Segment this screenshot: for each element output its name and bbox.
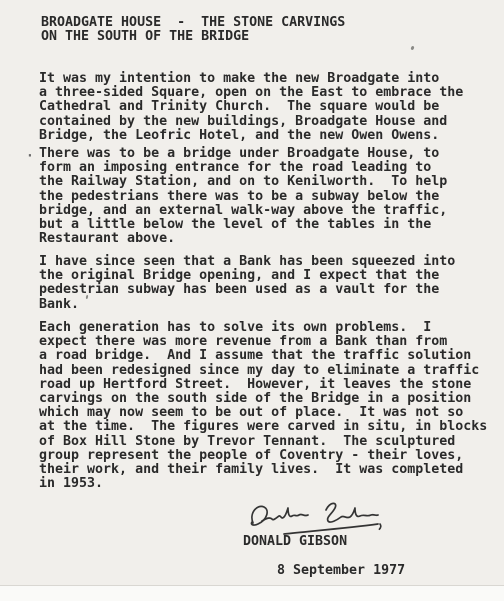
paragraph-intention: It was my intention to make the new Broa… bbox=[39, 72, 463, 143]
scanned-letter-page: BROADGATE HOUSE - THE STONE CARVINGSON T… bbox=[0, 0, 504, 601]
title-line-1: BROADGATE HOUSE - THE STONE CARVINGS bbox=[41, 15, 345, 30]
stray-mark: · bbox=[26, 149, 34, 164]
paragraph-bank: I have since seen that a Bank has been s… bbox=[39, 255, 455, 312]
scan-speck bbox=[410, 46, 414, 51]
letter-date: 8 September 1977 bbox=[277, 564, 405, 578]
title-line-2: ON THE SOUTH OF THE BRIDGE bbox=[41, 29, 249, 44]
scan-edge-strip bbox=[0, 585, 504, 601]
paragraph-bridge-plan: There was to be a bridge under Broadgate… bbox=[39, 147, 447, 246]
signatory-typed-name: DONALD GIBSON bbox=[243, 535, 347, 549]
page-title: BROADGATE HOUSE - THE STONE CARVINGSON T… bbox=[41, 16, 345, 44]
handwritten-signature-icon bbox=[240, 497, 390, 539]
paragraph-carvings: Each generation has to solve its own pro… bbox=[39, 321, 487, 491]
